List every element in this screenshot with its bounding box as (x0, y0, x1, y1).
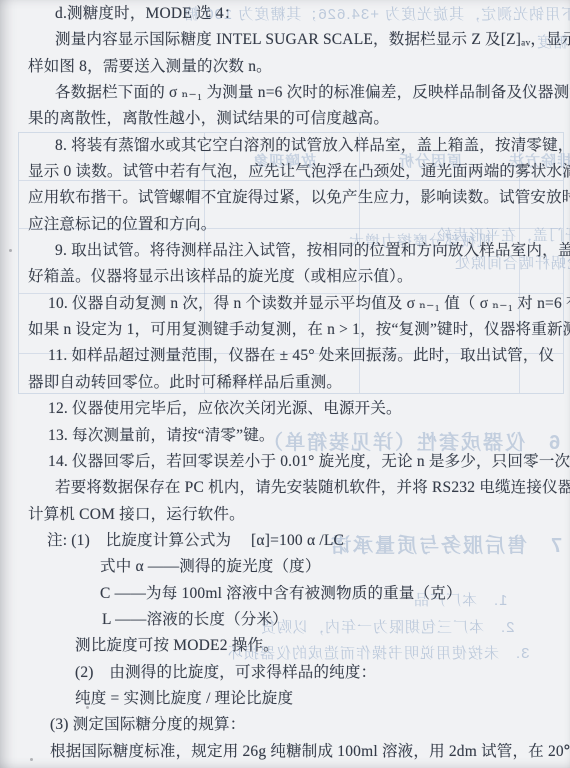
text-line: (2) 由测得的比旋度，可求得样品的纯度： (0, 660, 570, 686)
text-line: 9. 取出试管。将待测样品注入试管，按相同的位置和方向放入样品室内，盖 (0, 238, 570, 264)
text-line: 12. 仪器使用完毕后，应依次关闭光源、电源开关。 (0, 396, 570, 422)
text-line: 14. 仪器回零后，若回零误差小于 0.01° 旋光度，无论 n 是多少，只回零… (0, 449, 570, 475)
text-line: 若要将数据保存在 PC 机内，请先安装随机软件，并将 RS232 电缆连接仪器与 (0, 475, 570, 501)
text-line: C ——为每 100ml 溶液中含有被测物质的重量（克） (0, 581, 570, 607)
text-line: 8. 将装有蒸馏水或其它空白溶剂的试管放入样品室，盖上箱盖，按清零键， (0, 133, 570, 159)
manual-text-block: d.测糖度时，MODE 选 4： 测量内容显示国际糖度 INTEL SUGAR … (0, 1, 570, 765)
scanned-document-page: 下用钠光测定，其旋光度为 +34.626；其糖度为 100 糖 糖度 故障现象 … (0, 0, 570, 768)
text-line: 测比旋度可按 MODE2 操作。 (0, 633, 570, 659)
text-line: 13. 每次测量前，请按“清零”键。 (0, 423, 570, 449)
text-line: 器即自动转回零位。此时可稀释样品后重测。 (0, 370, 570, 396)
text-line: 式中 α ——测得的旋光度（度） (0, 554, 570, 580)
text-line: (3) 测定国际糖分度的规算： (0, 712, 570, 738)
text-line: 测量内容显示国际糖度 INTEL SUGAR SCALE，数据栏显示 Z 及[Z… (0, 27, 570, 53)
text-line: 11. 如样品超过测量范围，仪器在 ± 45° 处来回振荡。此时，取出试管，仪 (0, 343, 570, 369)
text-line: 根据国际糖度标准，规定用 26g 纯糖制成 100ml 溶液，用 2dm 试管，… (0, 739, 570, 765)
text-line: 各数据栏下面的 σ ₙ₋₁ 为测量 n=6 次时的标准偏差，反映样品制备及仪器测… (0, 80, 570, 106)
text-line: L ——溶液的长度（分米） (0, 607, 570, 633)
text-line: 纯度 = 实测比旋度 / 理论比旋度 (0, 686, 570, 712)
text-line: 显示 0 读数。试管中若有气泡，应先让气泡浮在凸颈处，通光面两端的雾状水滴， (0, 159, 570, 185)
text-line: 好箱盖。仪器将显示出该样品的旋光度（或相应示值）。 (0, 264, 570, 290)
text-line: 应注意标记的位置和方向。 (0, 212, 570, 238)
text-line: 10. 仪器自动复测 n 次，得 n 个读数并显示平均值及 σ ₙ₋₁ 值（ σ… (0, 291, 570, 317)
text-line: d.测糖度时，MODE 选 4： (0, 1, 570, 27)
text-line: 样如图 8，需要送入测量的次数 n。 (0, 54, 570, 80)
text-line: 应用软布揩干。试管螺帽不宜旋得过紧，以免产生应力，影响读数。试管安放时 (0, 185, 570, 211)
text-line: 注: (1) 比旋度计算公式为 [α]=100 α /LC (0, 528, 570, 554)
text-line: 计算机 COM 接口，运行软件。 (0, 502, 570, 528)
text-line: 如果 n 设定为 1，可用复测键手动复测，在 n > 1，按“复测”键时，仪器将… (0, 317, 570, 343)
text-line: 果的离散性，离散性越小，测试结果的可信度越高。 (0, 106, 570, 132)
